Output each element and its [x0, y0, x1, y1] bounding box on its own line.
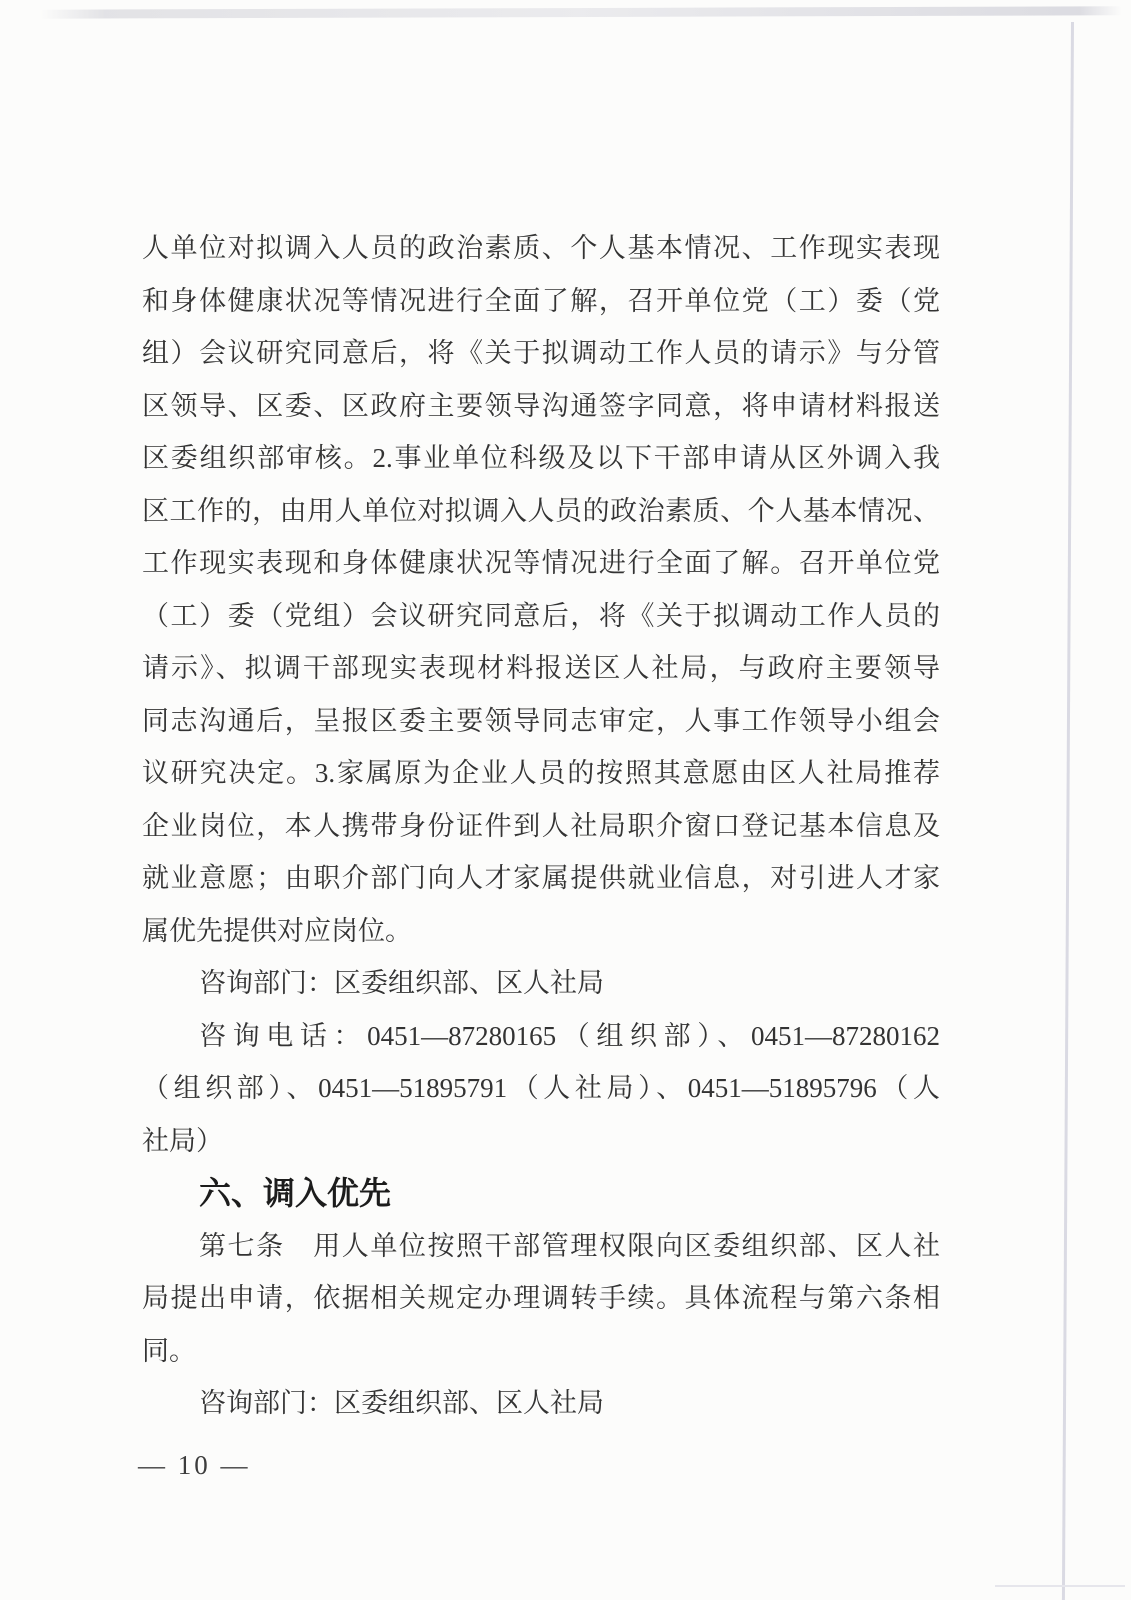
- text-line: 议研究决定。3.家属原为企业人员的按照其意愿由区人社局推荐: [142, 747, 940, 800]
- scan-bottom-edge-artifact: [995, 1585, 1125, 1587]
- text-line: 区领导、区委、区政府主要领导沟通签字同意，将申请材料报送: [142, 380, 940, 433]
- text-line: 咨询电话：0451—87280165（组织部）、0451—87280162: [142, 1010, 940, 1063]
- text-line: 工作现实表现和身体健康状况等情况进行全面了解。召开单位党: [142, 537, 940, 590]
- text-line: （工）委（党组）会议研究同意后，将《关于拟调动工作人员的: [142, 590, 940, 643]
- text-line: 区工作的，由用人单位对拟调入人员的政治素质、个人基本情况、: [142, 485, 940, 538]
- scanned-page: 人单位对拟调入人员的政治素质、个人基本情况、工作现实表现和身体健康状况等情况进行…: [0, 0, 1131, 1600]
- text-line: 和身体健康状况等情况进行全面了解，召开单位党（工）委（党: [142, 275, 940, 328]
- text-line: 同志沟通后，呈报区委主要领导同志审定，人事工作领导小组会: [142, 695, 940, 748]
- text-line: （组织部）、0451—51895791（人社局）、0451—51895796（人: [142, 1062, 940, 1115]
- document-body: 人单位对拟调入人员的政治素质、个人基本情况、工作现实表现和身体健康状况等情况进行…: [142, 222, 940, 1430]
- scan-top-edge-artifact: [40, 6, 1122, 18]
- text-line: 请示》、拟调干部现实表现材料报送区人社局，与政府主要领导: [142, 642, 940, 695]
- text-line: 属优先提供对应岗位。: [142, 905, 940, 958]
- text-line: 企业岗位，本人携带身份证件到人社局职介窗口登记基本信息及: [142, 800, 940, 853]
- section-heading: 六、调入优先: [142, 1167, 940, 1220]
- page-number: — 10 —: [138, 1450, 251, 1481]
- text-line: 社局）: [142, 1115, 940, 1168]
- text-line: 咨询部门：区委组织部、区人社局: [142, 957, 940, 1010]
- text-line: 区委组织部审核。2.事业单位科级及以下干部申请从区外调入我: [142, 432, 940, 485]
- text-line: 组）会议研究同意后，将《关于拟调动工作人员的请示》与分管: [142, 327, 940, 380]
- text-line: 咨询部门：区委组织部、区人社局: [142, 1377, 940, 1430]
- text-line: 第七条 用人单位按照干部管理权限向区委组织部、区人社: [142, 1220, 940, 1273]
- text-line: 人单位对拟调入人员的政治素质、个人基本情况、工作现实表现: [142, 222, 940, 275]
- text-line: 同。: [142, 1325, 940, 1378]
- text-line: 就业意愿；由职介部门向人才家属提供就业信息，对引进人才家: [142, 852, 940, 905]
- text-line: 局提出申请，依据相关规定办理调转手续。具体流程与第六条相: [142, 1272, 940, 1325]
- scan-right-edge-artifact: [1062, 22, 1074, 1600]
